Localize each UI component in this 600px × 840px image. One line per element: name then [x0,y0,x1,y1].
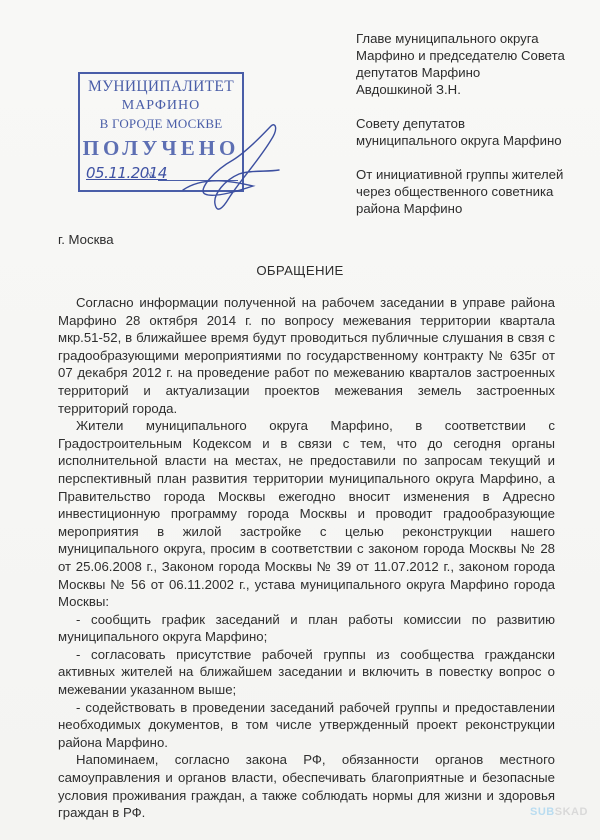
paragraph: Жители муниципального округа Марфино, в … [58,417,555,611]
paragraph: Согласно информации полученной на рабоче… [58,294,555,417]
stamp-date: 05.11.2014 [86,164,167,182]
request-item: - согласовать присутствие рабочей группы… [58,646,555,699]
watermark: SUBSKAD [530,806,588,818]
addressee-block: Главе муниципального округа Марфино и пр… [356,30,596,234]
addressee-line: муниципального округа Марфино [356,132,596,149]
stamp-number-label: № [146,170,155,180]
city-line: г. Москва [58,232,114,247]
addressee-line: Совету депутатов [356,115,596,132]
stamp-org-line: МУНИЦИПАЛИТЕТ [80,78,242,96]
request-item: - содействовать в проведении заседаний р… [58,699,555,752]
document-page: Главе муниципального округа Марфино и пр… [0,0,600,840]
addressee-line: Марфино и председателю Совета [356,47,596,64]
addressee-line: Авдошкиной З.Н. [356,81,596,98]
request-item: - сообщить график заседаний и план работ… [58,611,555,646]
addressee-head: Главе муниципального округа Марфино и пр… [356,30,596,98]
addressee-line: депутатов Марфино [356,64,596,81]
watermark-part: SUB [530,806,555,818]
signature-icon [175,120,285,215]
addressee-council: Совету депутатов муниципального округа М… [356,115,596,149]
document-title: ОБРАЩЕНИЕ [0,263,600,278]
paragraph: Напоминаем, согласно закона РФ, обязанно… [58,751,555,821]
document-body: Согласно информации полученной на рабоче… [58,294,555,822]
sender-line: района Марфино [356,200,596,217]
sender-block: От инициативной группы жителей через общ… [356,166,596,217]
stamp-district-line: МАРФИНО [80,98,242,114]
watermark-part: SKAD [555,806,588,818]
sender-line: От инициативной группы жителей [356,166,596,183]
addressee-line: Главе муниципального округа [356,30,596,47]
sender-line: через общественного советника [356,183,596,200]
